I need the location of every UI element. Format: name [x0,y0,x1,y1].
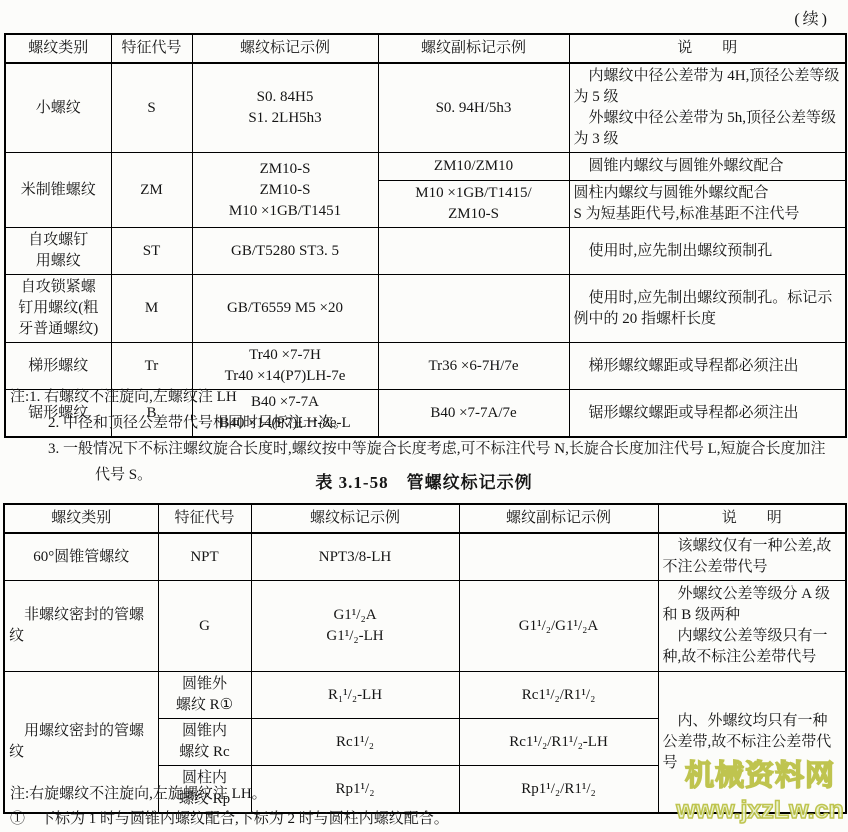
category-cell: 非螺纹密封的管螺纹 [4,581,158,672]
category-cell: 自攻锁紧螺钉用螺纹(粗牙普通螺纹) [5,275,111,343]
sub-example-cell-empty [378,275,569,343]
code-cell: Tr [111,343,192,390]
table1-header-row: 螺纹类别 特征代号 螺纹标记示例 螺纹副标记示例 说 明 [5,34,846,63]
note-line-circled-1: ① 下标为 1 时与圆锥内螺纹配合,下标为 2 时与圆柱内螺纹配合。 [10,807,690,832]
example-cell: NPT3/8-LH [251,533,459,581]
remark-cell: 圆柱内螺纹与圆锥外螺纹配合S 为短基距代号,标准基距不注代号 [569,181,846,228]
code-cell: NPT [158,533,251,581]
table1-header-category: 螺纹类别 [5,34,111,63]
sub-example-cell: Tr36 ×6-7H/7e [378,343,569,390]
sub-example-cell-empty [378,228,569,275]
table1-header-example: 螺纹标记示例 [192,34,378,63]
note-line: 注:1. 右螺纹不注旋向,左螺纹注 LH [10,384,840,410]
table-row: 自攻锁紧螺钉用螺纹(粗牙普通螺纹) M GB/T6559 M5 ×20 使用时,… [5,275,846,343]
pipe-thread-marking-table: 螺纹类别 特征代号 螺纹标记示例 螺纹副标记示例 说 明 60°圆锥管螺纹 NP… [3,503,847,814]
category-cell: 自攻螺钉用螺纹 [5,228,111,275]
table1-header-remark: 说 明 [569,34,846,63]
scanned-document-page: (续) 螺纹类别 特征代号 螺纹标记示例 螺纹副标记示例 说 明 小螺纹 S S… [0,0,848,832]
example-cell: S0. 84H5S1. 2LH5h3 [192,63,378,153]
table1-header-sub-example: 螺纹副标记示例 [378,34,569,63]
code-cell: M [111,275,192,343]
table2-notes: 注:右旋螺纹不注旋向,左旋螺纹注 LH。 ① 下标为 1 时与圆锥内螺纹配合,下… [10,782,690,832]
remark-cell: 梯形螺纹螺距或导程都必须注出 [569,343,846,390]
sub-example-cell: ZM10/ZM10 [378,153,569,181]
example-cell: ZM10-SZM10-SM10 ×1GB/T1451 [192,153,378,228]
example-cell: R₁¹/₂-LH [251,672,459,719]
code-cell: S [111,63,192,153]
remark-cell: 圆锥内螺纹与圆锥外螺纹配合 [569,153,846,181]
example-cell: G1¹/₂AG1¹/₂-LH [251,581,459,672]
category-cell: 小螺纹 [5,63,111,153]
sub-example-cell: G1¹/₂/G1¹/₂A [459,581,658,672]
thread-marking-table-continued: 螺纹类别 特征代号 螺纹标记示例 螺纹副标记示例 说 明 小螺纹 S S0. 8… [4,33,847,438]
code-cell: G [158,581,251,672]
remark-cell: 使用时,应先制出螺纹预制孔 [569,228,846,275]
table2-header-category: 螺纹类别 [4,504,158,533]
example-cell: Rc1¹/₂ [251,719,459,766]
note-line: 注:右旋螺纹不注旋向,左旋螺纹注 LH。 [10,782,690,807]
example-cell: GB/T6559 M5 ×20 [192,275,378,343]
table-row: 米制锥螺纹 ZM ZM10-SZM10-SM10 ×1GB/T1451 ZM10… [5,153,846,181]
continued-label: (续) [794,6,830,29]
table1-header-code: 特征代号 [111,34,192,63]
remark-cell: 内螺纹中径公差带为 4H,顶径公差等级为 5 级外螺纹中径公差带为 5h,顶径公… [569,63,846,153]
code-cell: 圆锥外螺纹 R① [158,672,251,719]
code-cell: ZM [111,153,192,228]
code-cell: ST [111,228,192,275]
table2-header-code: 特征代号 [158,504,251,533]
sub-example-cell: Rc1¹/₂/R1¹/₂-LH [459,719,658,766]
table2-header-remark: 说 明 [658,504,846,533]
sub-example-cell: S0. 94H/5h3 [378,63,569,153]
table2-header-row: 螺纹类别 特征代号 螺纹标记示例 螺纹副标记示例 说 明 [4,504,846,533]
remark-cell: 该螺纹仅有一种公差,故不注公差带代号 [658,533,846,581]
category-cell: 60°圆锥管螺纹 [4,533,158,581]
sub-example-cell-empty [459,533,658,581]
table-row: 非螺纹密封的管螺纹 G G1¹/₂AG1¹/₂-LH G1¹/₂/G1¹/₂A … [4,581,846,672]
table-row: 小螺纹 S S0. 84H5S1. 2LH5h3 S0. 94H/5h3 内螺纹… [5,63,846,153]
category-cell: 米制锥螺纹 [5,153,111,228]
remark-cell: 外螺纹公差等级分 A 级和 B 级两种内螺纹公差等级只有一种,故不标注公差带代号 [658,581,846,672]
table-row: 自攻螺钉用螺纹 ST GB/T5280 ST3. 5 使用时,应先制出螺纹预制孔 [5,228,846,275]
table2-header-sub-example: 螺纹副标记示例 [459,504,658,533]
example-cell: GB/T5280 ST3. 5 [192,228,378,275]
code-cell: 圆锥内螺纹 Rc [158,719,251,766]
table-row: 60°圆锥管螺纹 NPT NPT3/8-LH 该螺纹仅有一种公差,故不注公差带代… [4,533,846,581]
sub-example-cell: M10 ×1GB/T1415/ZM10-S [378,181,569,228]
table2-header-example: 螺纹标记示例 [251,504,459,533]
remark-cell: 使用时,应先制出螺纹预制孔。标记示例中的 20 指螺杆长度 [569,275,846,343]
table2-title: 表 3.1-58 管螺纹标记示例 [0,468,848,493]
table-row: 梯形螺纹 Tr Tr40 ×7-7HTr40 ×14(P7)LH-7e Tr36… [5,343,846,390]
category-cell: 梯形螺纹 [5,343,111,390]
sub-example-cell: Rc1¹/₂/R1¹/₂ [459,672,658,719]
example-cell: Tr40 ×7-7HTr40 ×14(P7)LH-7e [192,343,378,390]
note-line: 2. 中径和顶径公差带代号相同时只标注一次。 [48,410,840,436]
table-row: 用螺纹密封的管螺纹 圆锥外螺纹 R① R₁¹/₂-LH Rc1¹/₂/R1¹/₂… [4,672,846,719]
